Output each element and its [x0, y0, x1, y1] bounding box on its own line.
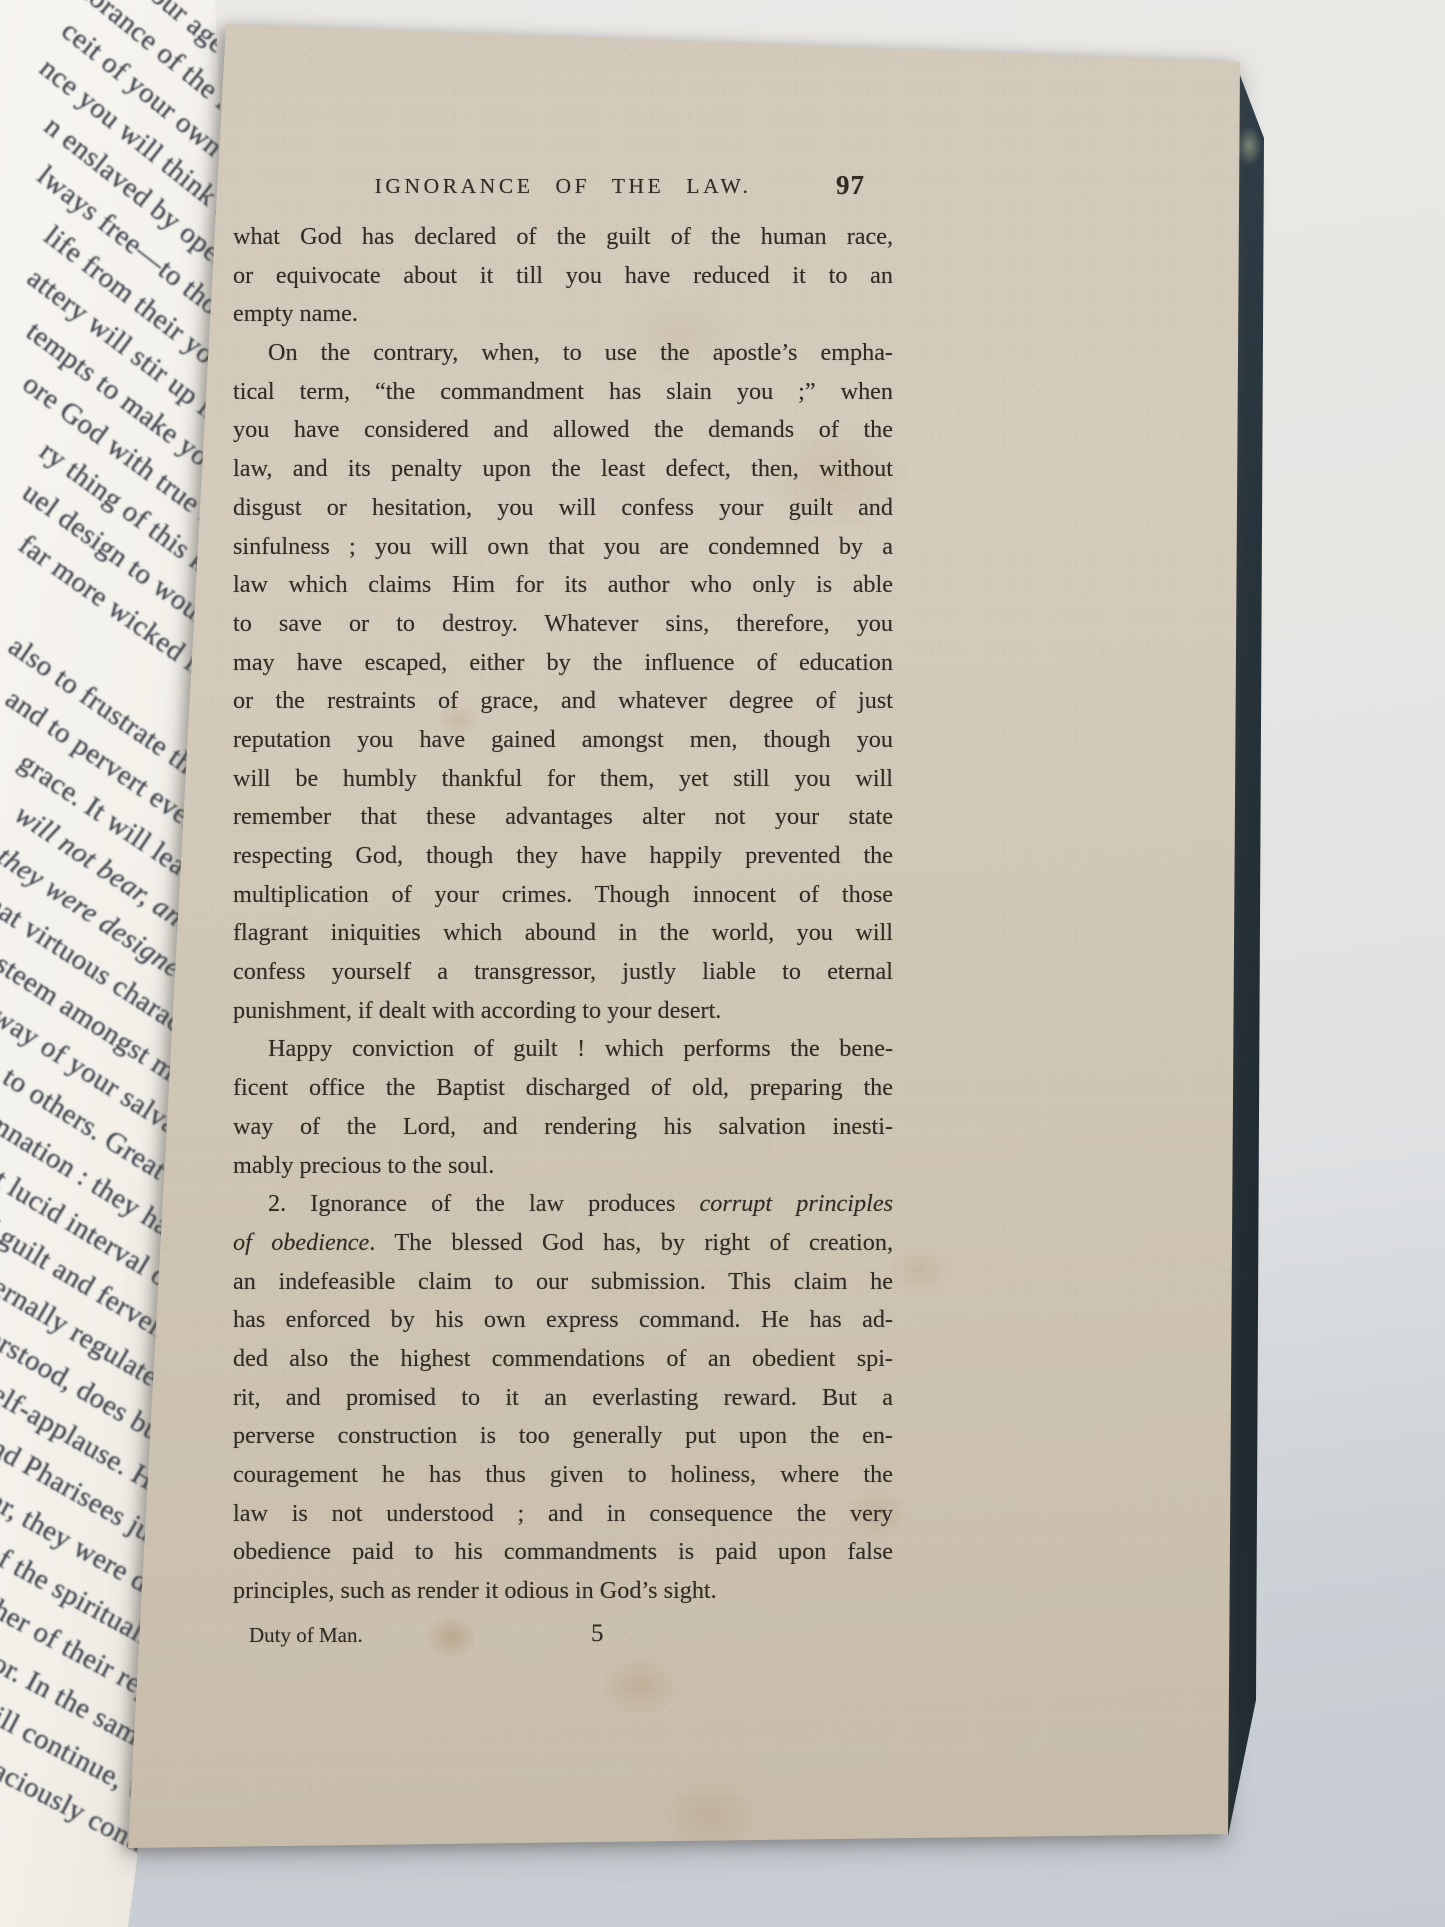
foxing-stain — [600, 1655, 680, 1717]
text-line: tical term, “the commandment has slain y… — [233, 373, 893, 412]
right-page: IGNORANCE OF THE LAW. 97 what God has de… — [0, 0, 1445, 1927]
text-line: sinfulness ; you will own that you are c… — [233, 528, 893, 567]
text-line: rit, and promised to it an everlasting r… — [233, 1379, 893, 1418]
footer-gathering-number: 5 — [591, 1620, 604, 1648]
text-line: 2. Ignorance of the law produces corrupt… — [233, 1185, 893, 1224]
chapter-title: IGNORANCE OF THE LAW. — [233, 174, 893, 199]
foxing-stain — [660, 1775, 760, 1855]
text-line: you have considered and allowed the dema… — [233, 411, 893, 450]
text-line: punishment, if dealt with according to y… — [233, 992, 893, 1031]
text-line: or equivocate about it till you have red… — [233, 257, 893, 296]
text-line: an indefeasible claim to our submission.… — [233, 1263, 893, 1302]
page-number: 97 — [836, 170, 865, 201]
text-line: may have escaped, either by the influenc… — [233, 644, 893, 683]
text-line: to save or to destroy. Whatever sins, th… — [233, 605, 893, 644]
text-line: law is not understood ; and in consequen… — [233, 1495, 893, 1534]
text-line: confess yourself a transgressor, justly … — [233, 953, 893, 992]
text-line: has enforced by his own express command.… — [233, 1301, 893, 1340]
right-page-wrap: IGNORANCE OF THE LAW. 97 what God has de… — [0, 0, 1445, 1927]
page-body: what God has declared of the guilt of th… — [233, 218, 893, 1611]
text-line: perverse construction is too generally p… — [233, 1417, 893, 1456]
text-line: flagrant iniquities which abound in the … — [233, 914, 893, 953]
text-line: ficent office the Baptist discharged of … — [233, 1069, 893, 1108]
text-line: or the restraints of grace, and whatever… — [233, 682, 893, 721]
text-line: respecting God, though they have happily… — [233, 837, 893, 876]
text-line: remember that these advantages alter not… — [233, 798, 893, 837]
book-photograph: MAN.non to your age aignorance of the la… — [0, 0, 1445, 1927]
running-header: IGNORANCE OF THE LAW. 97 — [233, 174, 893, 206]
text-line: of obedience. The blessed God has, by ri… — [233, 1224, 893, 1263]
text-line: will be humbly thankful for them, yet st… — [233, 760, 893, 799]
page-footer: Duty of Man. 5 — [233, 1623, 893, 1663]
text-line: reputation you have gained amongst men, … — [233, 721, 893, 760]
foxing-stain — [890, 1245, 952, 1295]
text-line: mably precious to the soul. — [233, 1147, 893, 1186]
text-line: Happy conviction of guilt ! which perfor… — [233, 1030, 893, 1069]
text-line: disgust or hesitation, you will confess … — [233, 489, 893, 528]
text-line: multiplication of your crimes. Though in… — [233, 876, 893, 915]
text-line: what God has declared of the guilt of th… — [233, 218, 893, 257]
text-line: On the contrary, when, to use the apostl… — [233, 334, 893, 373]
text-line: ded also the highest commendations of an… — [233, 1340, 893, 1379]
text-line: couragement he has thus given to holines… — [233, 1456, 893, 1495]
text-line: empty name. — [233, 295, 893, 334]
footer-signature: Duty of Man. — [249, 1623, 363, 1648]
text-line: way of the Lord, and rendering his salva… — [233, 1108, 893, 1147]
text-line: obedience paid to his commandments is pa… — [233, 1533, 893, 1572]
text-line: law, and its penalty upon the least defe… — [233, 450, 893, 489]
text-line: principles, such as render it odious in … — [233, 1572, 893, 1611]
text-line: law which claims Him for its author who … — [233, 566, 893, 605]
